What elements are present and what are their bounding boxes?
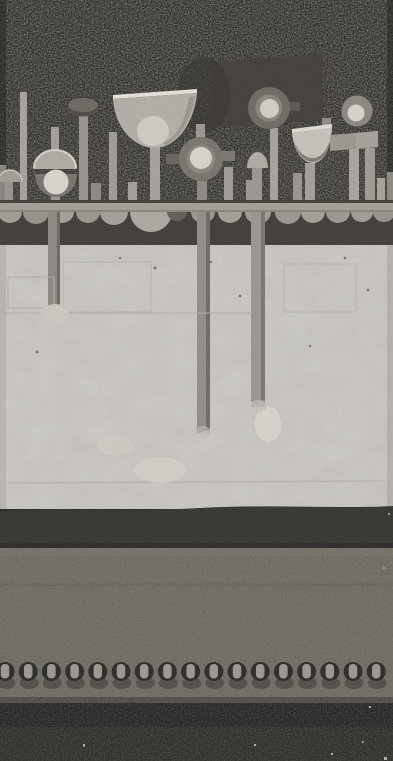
artwork-layers (0, 0, 393, 761)
artwork-photo (0, 0, 393, 761)
overall-pepper-grain (0, 0, 393, 761)
relief-assemblage-photograph (0, 0, 393, 761)
